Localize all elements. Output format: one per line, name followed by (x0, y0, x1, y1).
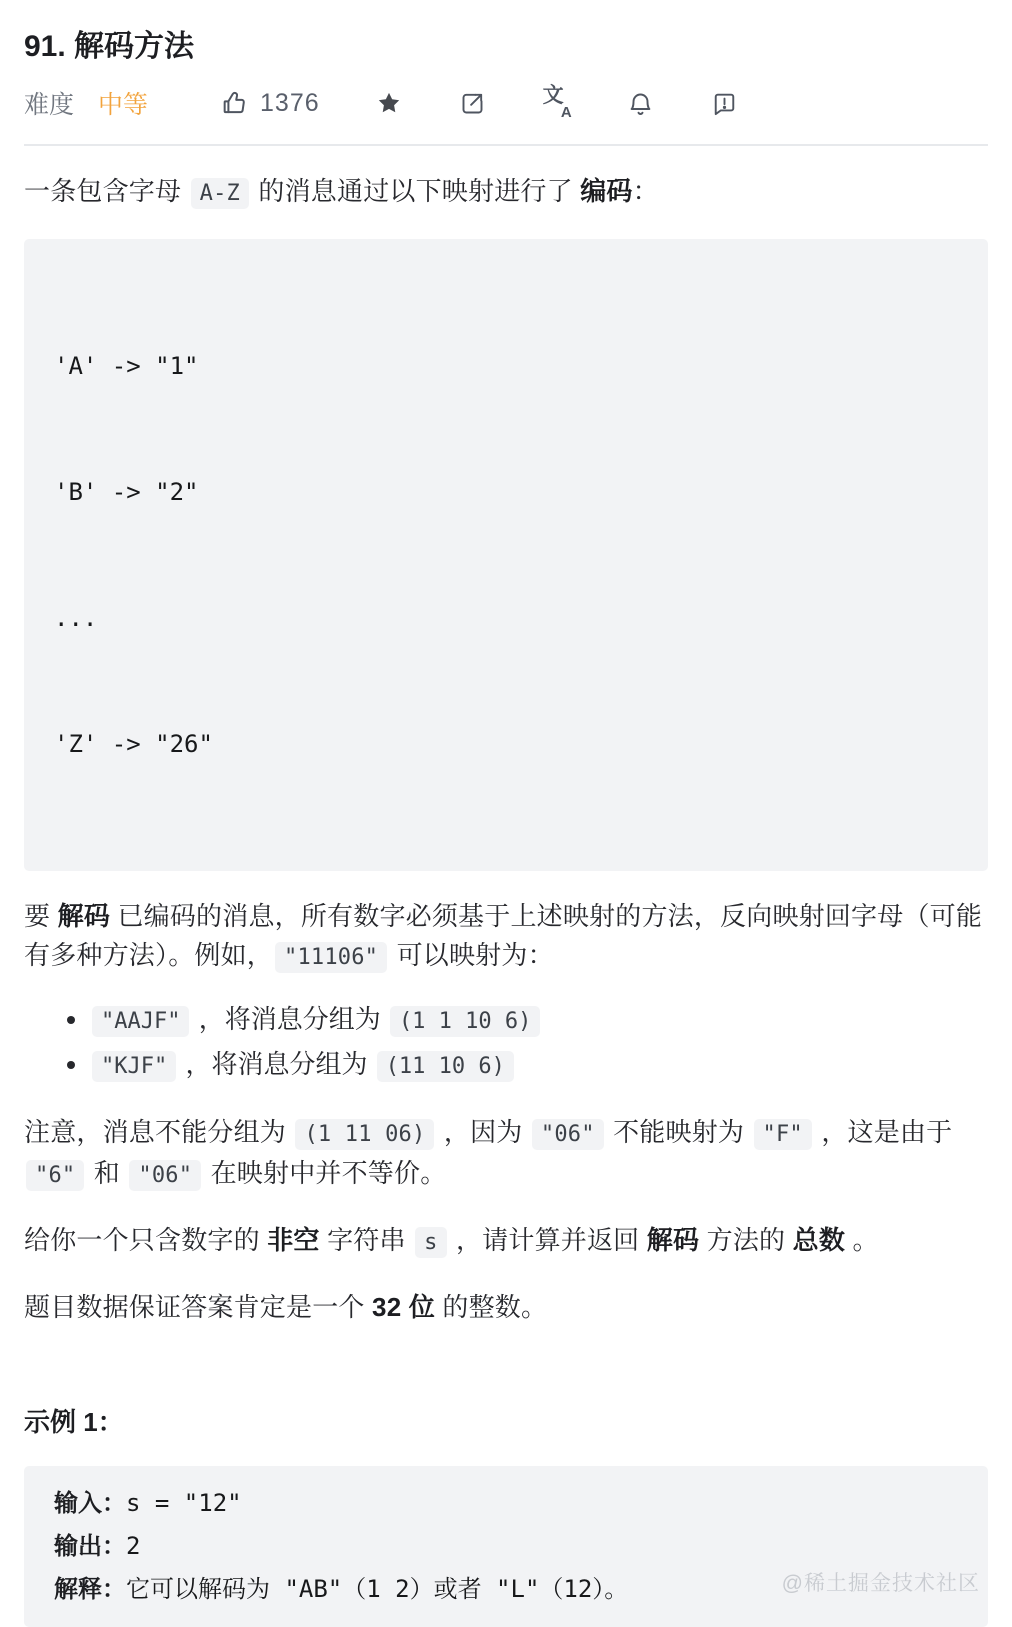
inline-code-group1: (1 1 10 6) (390, 1006, 540, 1037)
share-icon (459, 90, 486, 117)
paragraph-task: 给你一个只含数字的 非空 字符串 s ，请计算并返回 解码 方法的 总数 。 (24, 1221, 988, 1262)
paragraph-note: 注意，消息不能分组为 (1 11 06) ，因为 "06" 不能映射为 "F" … (24, 1113, 988, 1195)
like-button[interactable]: 1376 (220, 89, 320, 118)
thumbs-up-icon (220, 89, 248, 117)
example-input-line: 输入：s = "12" (54, 1482, 958, 1525)
translate-button[interactable]: 文 A (542, 88, 572, 118)
inline-code-s: s (415, 1227, 446, 1258)
notification-button[interactable] (626, 88, 656, 118)
page-title: 91. 解码方法 (24, 28, 988, 66)
inline-code-group2: (11 10 6) (377, 1051, 514, 1082)
inline-code-6: "6" (26, 1160, 84, 1191)
inline-code-11106: "11106" (275, 942, 387, 973)
mapping-code-block: 'A' -> "1" 'B' -> "2" ... 'Z' -> "26" (24, 239, 988, 871)
feedback-icon (711, 90, 738, 117)
grouping-list: "AAJF" ，将消息分组为 (1 1 10 6) "KJF" ，将消息分组为 … (24, 999, 988, 1087)
favorite-button[interactable] (374, 88, 404, 118)
paragraph-intro: 一条包含字母 A-Z 的消息通过以下映射进行了 编码： (24, 172, 988, 213)
inline-code-aajf: "AAJF" (92, 1006, 189, 1037)
like-count: 1376 (260, 89, 320, 118)
divider (24, 144, 988, 146)
translate-icon: 文 A (543, 89, 571, 117)
difficulty-label: 难度 (24, 85, 74, 121)
feedback-button[interactable] (710, 88, 740, 118)
paragraph-decode: 要 解码 已编码的消息，所有数字必须基于上述映射的方法，反向映射回字母（可能有多… (24, 897, 988, 977)
code-line: 'Z' -> "26" (54, 723, 958, 765)
inline-code-06a: "06" (532, 1119, 604, 1150)
list-item: "KJF" ，将消息分组为 (11 10 6) (90, 1044, 988, 1087)
problem-page: 91. 解码方法 难度 中等 1376 (0, 28, 1012, 1627)
list-item: "AAJF" ，将消息分组为 (1 1 10 6) (90, 999, 988, 1042)
example-heading: 示例 1： (24, 1403, 988, 1442)
inline-code-f: "F" (754, 1119, 812, 1150)
difficulty-badge: 中等 (98, 85, 148, 121)
meta-row: 难度 中等 1376 (24, 86, 988, 120)
code-line: 'B' -> "2" (54, 471, 958, 513)
paragraph-guarantee: 题目数据保证答案肯定是一个 32 位 的整数。 (24, 1288, 988, 1327)
code-line: 'A' -> "1" (54, 345, 958, 387)
community-watermark: @稀土掘金技术社区 (782, 1562, 980, 1605)
example-code-block: 输入：s = "12" 输出：2 解释：它可以解码为 "AB"（1 2）或者 "… (24, 1466, 988, 1627)
inline-code-bad-group: (1 11 06) (295, 1119, 434, 1150)
inline-code-kjf: "KJF" (92, 1051, 176, 1082)
inline-code-06b: "06" (129, 1160, 201, 1191)
inline-code-az: A-Z (191, 178, 249, 209)
star-icon (376, 90, 402, 116)
code-line: ... (54, 597, 958, 639)
bell-icon (627, 90, 654, 117)
share-button[interactable] (458, 88, 488, 118)
